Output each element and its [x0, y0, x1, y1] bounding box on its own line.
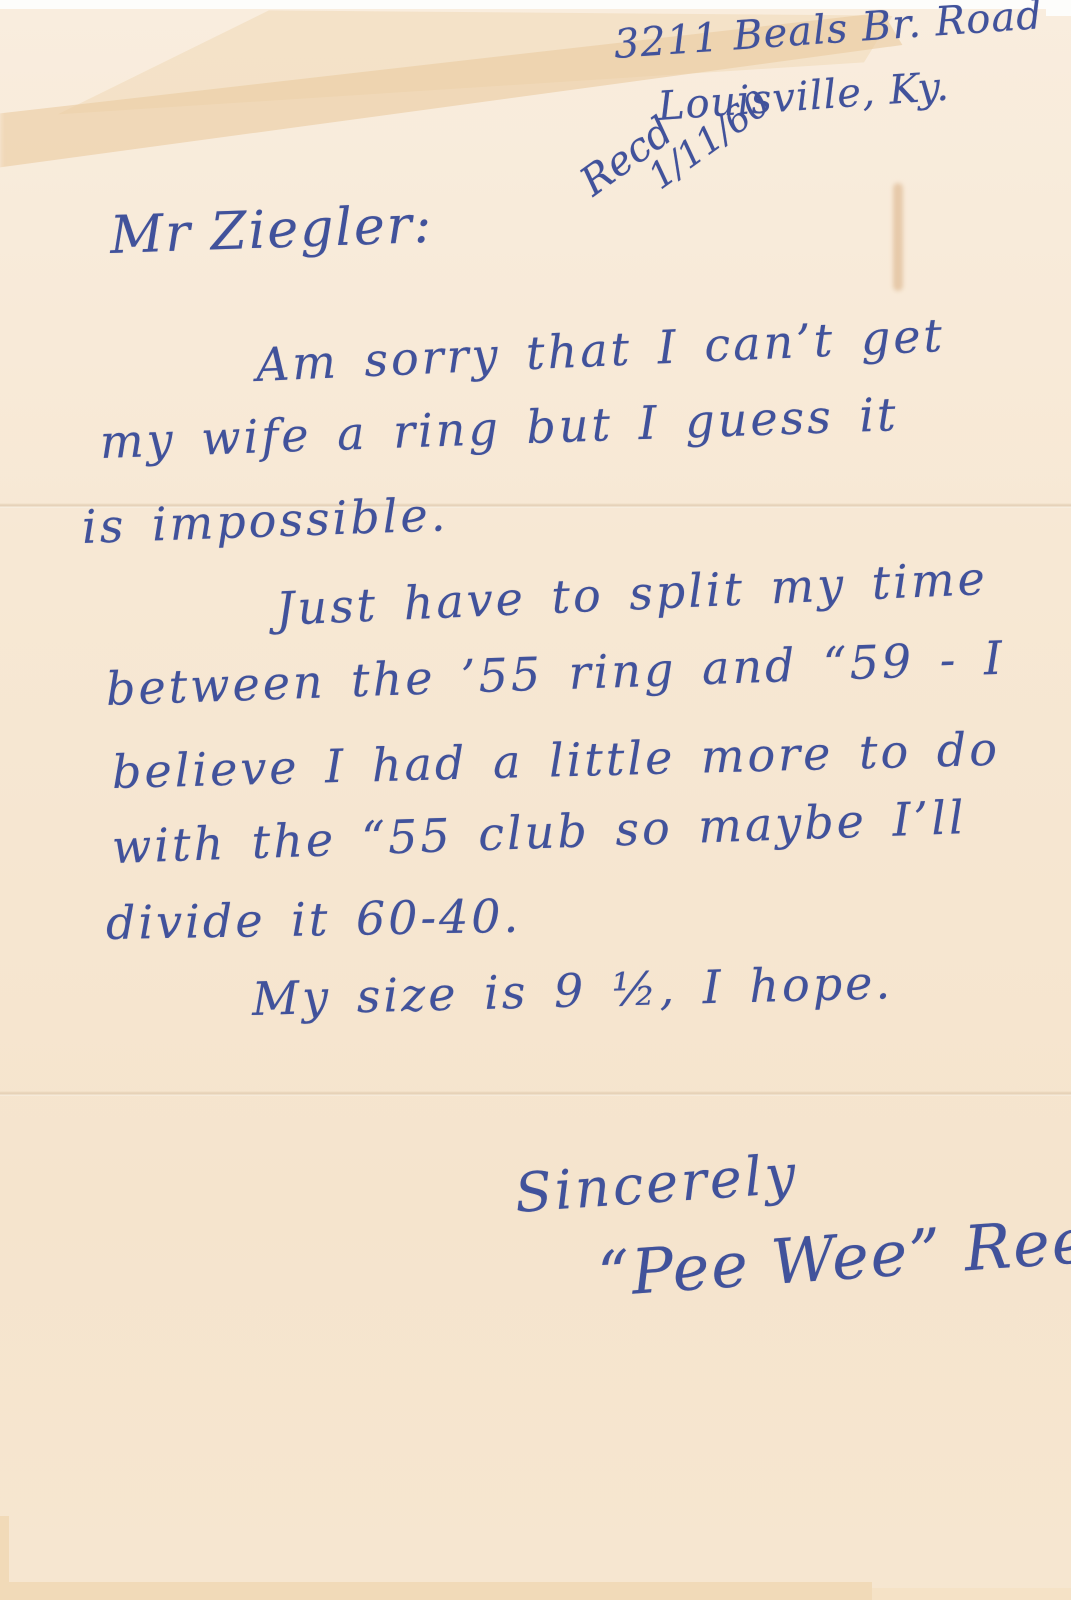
body-p1-line3: is impossible. — [81, 487, 449, 554]
stain-streak — [893, 183, 903, 291]
body-p2-line3: believe I had a little more to do — [111, 722, 1000, 799]
signature: “Pee Wee” Reese — [595, 1199, 1071, 1311]
fold-crease-lower — [0, 1091, 1071, 1096]
bottom-stain-band — [0, 1582, 872, 1600]
body-p2-line5: divide it 60-40. — [106, 889, 522, 950]
body-p2-line4: with the “55 club so maybe I’ll — [111, 790, 967, 874]
body-p2-line1: Just have to split my time — [275, 551, 989, 636]
salutation: Mr Ziegler: — [109, 195, 434, 266]
body-p2-line2: between the ’55 ring and “59 - I — [105, 631, 1006, 716]
left-edge-stain — [0, 1516, 9, 1600]
closing: Sincerely — [513, 1142, 801, 1225]
body-p1-line2: my wife a ring but I guess it — [99, 387, 899, 469]
body-p1-line1: Am sorry that I can’t get — [255, 308, 946, 392]
body-p3-line1: My size is 9 ½, I hope. — [251, 955, 893, 1026]
letter-page: 3211 Beals Br. Road Louisville, Ky. Recd… — [0, 0, 1071, 1600]
scan-edge-top-right — [1046, 0, 1071, 16]
bottom-stain-band-right — [872, 1588, 1071, 1600]
